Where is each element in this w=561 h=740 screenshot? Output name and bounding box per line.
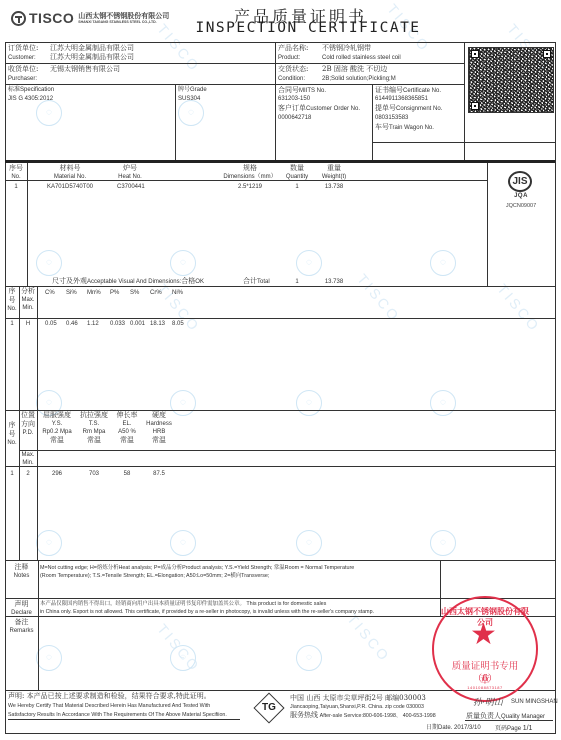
- max-label: Max.: [19, 451, 37, 459]
- divider: [440, 560, 441, 598]
- header-en: No.: [5, 173, 27, 181]
- jis-mark-icon: JIS: [508, 171, 532, 192]
- condition-value-cn: 2B 固溶 酸洗 不切边: [322, 65, 387, 74]
- chem-element-header: S%: [130, 289, 139, 297]
- chem-value: 0.05: [45, 320, 57, 328]
- order-value: 0000642718: [278, 114, 311, 122]
- col-no-header: 序号 No.: [5, 164, 27, 181]
- qr-finder: [543, 50, 551, 58]
- star-icon: ★: [470, 620, 497, 650]
- divider: [5, 63, 464, 64]
- header-cn: 材料号: [40, 164, 100, 173]
- grade-label-cn: 牌号: [178, 86, 190, 93]
- header-en: Material No.: [40, 173, 100, 181]
- chem-element-header: Cr%: [150, 289, 162, 297]
- divider: [275, 42, 276, 161]
- chem-analysis-header: 分析 Max. Min.: [19, 287, 37, 312]
- divider: [175, 84, 176, 161]
- chem-value: 0.001: [130, 320, 145, 328]
- watermark-logo-icon: ◌: [36, 250, 62, 276]
- row-heat: C3700441: [117, 183, 145, 191]
- mech-header-temp: 常温: [38, 436, 76, 445]
- signature: 孙·明山: [473, 695, 503, 708]
- watermark-logo-icon: ◌: [178, 100, 204, 126]
- jqa-mark: JQA: [506, 193, 536, 199]
- watermark-logo-icon: ◌: [170, 645, 196, 671]
- watermark-logo-icon: ◌: [430, 250, 456, 276]
- condition-value-en: 2B;Solid solution;Pickling;M: [322, 75, 396, 83]
- header-cn: 号: [5, 430, 19, 439]
- mits-label-en: MIITS No.: [299, 88, 326, 94]
- watermark-text: TISCO: [344, 611, 393, 666]
- declare-line2: in China only. Export is not allowed. Th…: [40, 608, 374, 616]
- tg-logo-icon: TG: [262, 700, 276, 715]
- border-top: [5, 42, 555, 43]
- header-en: Dimensions（mm）: [210, 173, 290, 181]
- declare-label-en: Declare: [5, 609, 38, 617]
- header-cn: 数量: [282, 164, 312, 173]
- qr-finder: [471, 102, 479, 110]
- total-label: 合计Total: [243, 277, 270, 286]
- mech-maxmin: Max. Min.: [19, 451, 37, 467]
- consign-label-cn: 提单号: [375, 104, 396, 112]
- mech-value: 87.5: [140, 470, 178, 478]
- customer-value-cn: 江苏大明金属制品有限公司: [50, 44, 134, 53]
- condition-label-cn: 交货状态:: [278, 65, 308, 74]
- watermark-text: TISCO: [494, 281, 543, 336]
- watermark-logo-icon: ◌: [296, 530, 322, 556]
- divider: [5, 733, 555, 734]
- notes-label-en: Notes: [5, 572, 38, 580]
- notes-label: 注释 Notes: [5, 563, 38, 580]
- chem-no-header: 序 号 No.: [5, 287, 19, 313]
- header-cn: 号: [5, 296, 19, 305]
- divider: [5, 318, 555, 319]
- visual-label-cn: 尺寸及外观: [52, 277, 87, 285]
- certify-en2: Satisfactory Results In Accordance With …: [8, 711, 227, 719]
- chem-row-analysis: H: [19, 320, 37, 328]
- watermark-logo-icon: ◌: [170, 530, 196, 556]
- cert-label-en: Certificate No.: [403, 88, 441, 94]
- notes-line1: M=Not cutting edge; H=熔炼分析Heat analysis;…: [40, 564, 354, 572]
- address-en: Jiancaoping,Taiyuan,Shanxi,P.R. China. z…: [290, 703, 424, 711]
- mech-header-en: Hardness: [140, 420, 178, 428]
- col-quantity-header: 数量 Quantity: [282, 164, 312, 181]
- mech-value: 296: [38, 470, 76, 478]
- divider: [464, 42, 465, 161]
- declare-line1: 本产品仅限国内销售不得出口，经销商向用户出具本质量证明书复印件需加盖其公章。 T…: [40, 600, 326, 608]
- page-field: 页码Page 1/1: [495, 724, 532, 733]
- purchaser-value-cn: 无锡太钢销售有限公司: [50, 65, 120, 74]
- header-cn: 序: [5, 421, 19, 430]
- header-cn: 规格: [210, 164, 290, 173]
- date-label-en: Date.: [438, 725, 452, 731]
- remarks-label: 备注 Remarks: [5, 618, 38, 635]
- header-en: Heat No.: [105, 173, 155, 181]
- date-field: 日期Date. 2017/3/10: [426, 724, 481, 732]
- divider: [372, 142, 555, 143]
- chem-element-header: P%: [110, 289, 119, 297]
- watermark-logo-icon: ◌: [430, 530, 456, 556]
- header-cn: 位置: [19, 411, 37, 420]
- remarks-label-cn: 备注: [5, 618, 38, 627]
- header-en: Weight(t): [316, 173, 352, 181]
- watermark-logo-icon: ◌: [296, 250, 322, 276]
- mech-header-unit: Rp0.2 Mpa: [38, 428, 76, 436]
- page-label-en: Page: [507, 726, 521, 732]
- wagon-label-en: Train Wagon No.: [389, 125, 434, 131]
- divider: [27, 163, 28, 286]
- chem-element-header: Ni%: [172, 289, 183, 297]
- visual-value-cn: 合格: [181, 277, 195, 285]
- mech-no-header: 序 号 No.: [5, 421, 19, 447]
- grade-value: SUS304: [178, 95, 200, 103]
- spec-label-en: Specification: [20, 87, 54, 93]
- declare-label-cn: 声明: [5, 600, 38, 609]
- page-value: 1/1: [523, 725, 533, 732]
- chem-value: 0.033: [110, 320, 125, 328]
- service-en: After-sale Service:800-606-1998、 400-653…: [320, 713, 436, 719]
- watermark-logo-icon: ◌: [36, 645, 62, 671]
- grade-label-en: Grade: [190, 87, 207, 93]
- product-label-cn: 产品名称:: [278, 44, 308, 53]
- divider: [38, 560, 39, 690]
- mits-label: 合同号MIITS No.: [278, 86, 326, 95]
- date-value: 2017/3/10: [454, 725, 481, 731]
- total-label-cn: 合计: [243, 277, 257, 285]
- divider: [5, 466, 555, 467]
- cert-value: 6144911368365851: [375, 95, 428, 103]
- thick-divider: [5, 160, 555, 163]
- chem-row-no: 1: [5, 320, 19, 328]
- mech-row-no: 1: [5, 470, 19, 478]
- col-dimensions-header: 规格 Dimensions（mm）: [210, 164, 290, 181]
- divider: [8, 719, 240, 720]
- mech-column-header: 屈服强度Y.S.Rp0.2 Mpa常温: [38, 411, 76, 445]
- row-no: 1: [5, 183, 27, 191]
- header-en: P.D.: [19, 429, 37, 437]
- header-cn: 重量: [316, 164, 352, 173]
- watermark-logo-icon: ◌: [170, 250, 196, 276]
- min-label: Min.: [19, 459, 37, 467]
- spec-label-cn: 标准: [8, 86, 20, 93]
- header-cn: 分析: [19, 287, 37, 296]
- total-weight: 13.738: [316, 278, 352, 286]
- condition-label-en: Condition:: [278, 75, 305, 83]
- jis-cert-no: JQCN09007: [495, 203, 547, 209]
- notes-label-cn: 注释: [5, 563, 38, 572]
- grade-label: 牌号Grade: [178, 86, 207, 94]
- header-cn: 炉号: [105, 164, 155, 173]
- total-quantity: 1: [282, 278, 312, 286]
- mits-label-cn: 合同号: [278, 86, 299, 94]
- qr-code-icon[interactable]: [468, 47, 554, 113]
- date-label-cn: 日期: [426, 724, 438, 731]
- product-value-en: Cold rolled stainless steel coil: [322, 54, 401, 62]
- divider: [37, 286, 38, 410]
- col-heat-header: 炉号 Heat No.: [105, 164, 155, 181]
- consign-value: 0803153583: [375, 114, 408, 122]
- declare-label: 声明 Declare: [5, 600, 38, 617]
- wagon-label-cn: 车号: [375, 123, 389, 131]
- row-material: KA701D5740T00: [35, 183, 105, 191]
- border-right: [555, 42, 556, 734]
- row-quantity: 1: [282, 183, 312, 191]
- order-label-cn: 客户订单: [278, 104, 306, 112]
- qr-finder: [471, 50, 479, 58]
- header-en: Quantity: [282, 173, 312, 181]
- chem-element-header: Mn%: [87, 289, 101, 297]
- divider: [19, 450, 555, 451]
- divider: [372, 84, 373, 161]
- manager-cn: 质量负责人: [466, 712, 501, 720]
- customer-label-cn: 订货单位:: [8, 44, 38, 53]
- header-en: No.: [5, 305, 19, 313]
- visual-inspection: 尺寸及外观Acceptable Visual And Dimensions:合格…: [52, 277, 204, 286]
- divider: [5, 286, 555, 287]
- customer-label-en: Customer:: [8, 54, 36, 62]
- title-en: INSPECTION CERTIFICATE: [0, 20, 561, 36]
- cert-label: 证书编号Certificate No.: [375, 86, 441, 95]
- mech-header-temp: 常温: [140, 436, 178, 445]
- divider: [5, 84, 464, 85]
- mech-header-cn: 屈服强度: [38, 411, 76, 420]
- order-label-en: Customer Order No.: [306, 106, 360, 112]
- consign-label-en: Consignment No.: [396, 106, 442, 112]
- divider: [465, 720, 553, 721]
- certify-en1: We Hereby Certify That Material Describe…: [8, 702, 210, 710]
- spec-value: JIS G 4305:2012: [8, 95, 53, 103]
- customer-value-en: 江苏大明金属制品有限公司: [50, 53, 134, 62]
- signer-name: SUN MINGSHAN: [511, 698, 558, 706]
- mech-row-pos: 2: [19, 470, 37, 478]
- header-en: No.: [5, 439, 19, 447]
- spec-label: 标准Specification: [8, 86, 54, 94]
- order-label: 客户订单Customer Order No.: [278, 104, 360, 113]
- product-value-cn: 不锈钢冷轧钢带: [322, 44, 371, 53]
- service-cn: 服务热线: [290, 711, 318, 719]
- chem-element-header: C%: [45, 289, 55, 297]
- watermark-logo-icon: ◌: [36, 530, 62, 556]
- max-label: Max.: [19, 296, 37, 304]
- row-weight: 13.738: [316, 183, 352, 191]
- notes-line2: (Room Temperature); T.S.=Tensile Strengt…: [40, 572, 269, 580]
- col-material-header: 材料号 Material No.: [40, 164, 100, 181]
- address-cn: 中国 山西 太原市尖草坪街2号 邮编030003: [290, 694, 426, 703]
- chem-value: 0.46: [66, 320, 78, 328]
- certify-cn: 声明: 本产品已按上述要求制造和检验，结果符合要求,特此证明。: [8, 692, 211, 701]
- stamp-line2: （6）: [448, 671, 522, 684]
- chem-element-header: Si%: [66, 289, 77, 297]
- mits-value: 631203-150: [278, 95, 310, 103]
- mech-header-unit: HRB: [140, 428, 178, 436]
- mech-header-cn: 硬度: [140, 411, 178, 420]
- stamp-line3: 1401088873187: [452, 685, 518, 690]
- purchaser-label-en: Purchaser:: [8, 75, 37, 83]
- visual-value-en: OK: [195, 279, 204, 285]
- watermark-logo-icon: ◌: [296, 390, 322, 416]
- min-label: Min.: [19, 304, 37, 312]
- chem-value: 18.13: [150, 320, 165, 328]
- watermark-logo-icon: ◌: [296, 645, 322, 671]
- service-line: 服务热线 After-sale Service:800-606-1998、 40…: [290, 711, 436, 720]
- company-seal-stamp: 山西太钢不锈钢股份有限公司 ★ 质量证明书专用章 （6） 14010888731…: [432, 596, 538, 702]
- remarks-label-en: Remarks: [5, 627, 38, 635]
- divider: [487, 163, 488, 286]
- header-cn: 序号: [5, 164, 27, 173]
- page-label-cn: 页码: [495, 725, 507, 732]
- mech-pos-header: 位置 方向 P.D.: [19, 411, 37, 437]
- watermark-logo-icon: ◌: [430, 390, 456, 416]
- visual-label-en: Acceptable Visual And Dimensions:: [87, 279, 181, 285]
- col-weight-header: 重量 Weight(t): [316, 164, 352, 181]
- wagon-label: 车号Train Wagon No.: [375, 123, 434, 132]
- header-cn: 序: [5, 287, 19, 296]
- chem-value: 1.12: [87, 320, 99, 328]
- consign-label: 提单号Consignment No.: [375, 104, 442, 113]
- row-dimensions: 2.5*1219: [220, 183, 280, 191]
- divider: [5, 560, 555, 561]
- product-label-en: Product:: [278, 54, 300, 62]
- mech-header-en: Y.S.: [38, 420, 76, 428]
- header-cn: 方向: [19, 420, 37, 429]
- cert-label-cn: 证书编号: [375, 86, 403, 94]
- watermark-logo-icon: ◌: [36, 100, 62, 126]
- mech-column-header: 硬度HardnessHRB常温: [140, 411, 178, 445]
- purchaser-label-cn: 收货单位:: [8, 65, 38, 74]
- chem-value: 8.05: [172, 320, 184, 328]
- total-label-en: Total: [257, 279, 270, 285]
